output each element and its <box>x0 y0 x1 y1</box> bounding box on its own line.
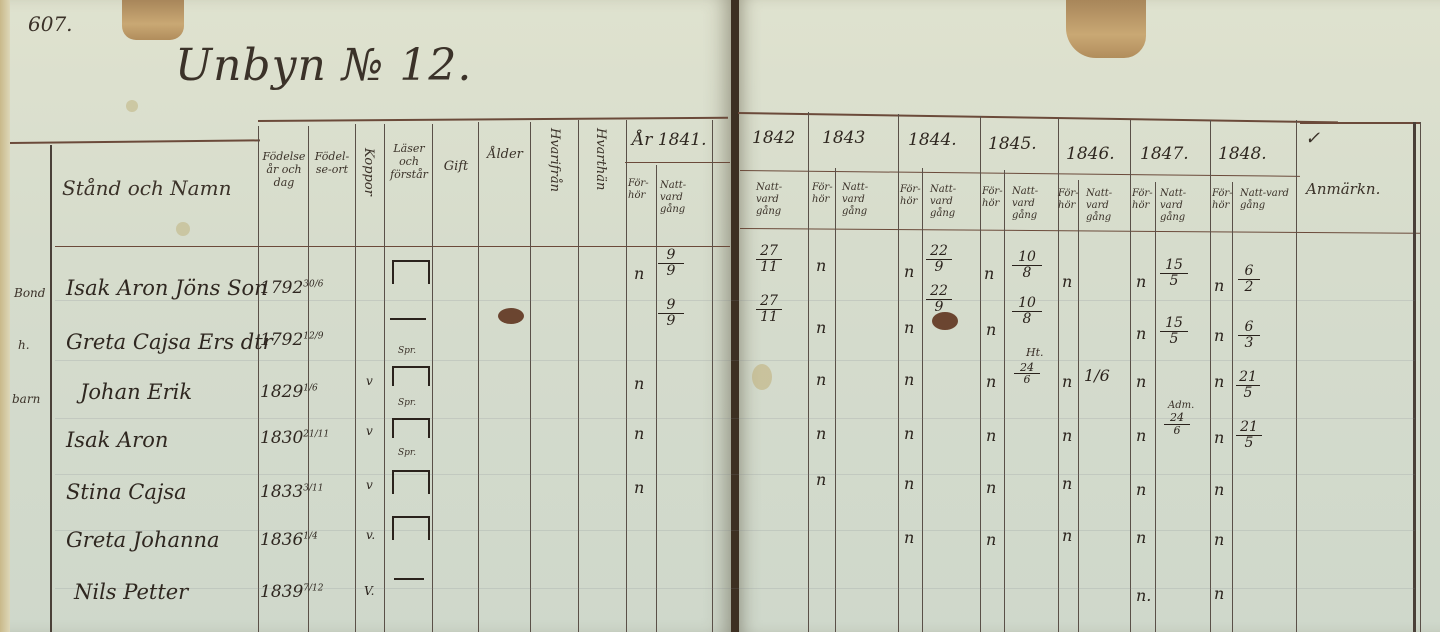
book-gutter <box>731 0 739 632</box>
table-border <box>1413 122 1416 632</box>
birth-day: 3/11 <box>303 483 323 493</box>
col-divider <box>808 112 809 632</box>
person-name: Isak Aron Jöns Son <box>66 276 268 300</box>
vaccination-mark: v <box>366 374 373 388</box>
subheader-communion: För-hör <box>812 182 834 206</box>
person-name: Johan Erik <box>80 380 192 404</box>
communion-mark: n <box>634 374 644 393</box>
subheader-lords-supper: Natt-vard gång <box>930 184 976 220</box>
reading-mark <box>392 260 430 284</box>
birth-year: 1792 <box>260 278 303 298</box>
fraction-den: 5 <box>1236 436 1262 451</box>
stain <box>126 100 138 112</box>
header-year: 1846. <box>1066 144 1115 164</box>
col-divider <box>1004 170 1005 632</box>
fraction-den: 2 <box>1238 280 1260 295</box>
fraction-den: 11 <box>756 260 782 275</box>
communion-mark: n <box>986 372 996 391</box>
communion-mark: n <box>904 370 914 389</box>
birth-day: 7/12 <box>303 583 323 593</box>
birth-day: 21/11 <box>303 429 329 439</box>
birth-year: 1830 <box>260 428 303 448</box>
communion-mark: n <box>986 530 996 549</box>
fraction-den: 8 <box>1012 312 1042 327</box>
col-divider <box>922 168 923 632</box>
header-birth: Födelse år och dag <box>262 150 306 189</box>
subheader-lords-supper: Natt-vard gång <box>1160 188 1208 224</box>
communion-mark: n <box>984 264 994 283</box>
header-divider <box>55 246 730 247</box>
birth-year: 1829 <box>260 382 303 402</box>
fraction-num: 15 <box>1160 258 1188 274</box>
ruled-line <box>55 418 1415 419</box>
col-divider <box>656 165 657 632</box>
communion-mark: n <box>1214 276 1224 295</box>
birth-year: 1833 <box>260 482 303 502</box>
birth-year: 1792 <box>260 330 303 350</box>
subheader-lords-supper: Natt-vard gång <box>842 182 888 218</box>
col-divider <box>432 124 433 632</box>
col-divider <box>1155 182 1156 632</box>
table-border <box>50 145 52 632</box>
fraction-num: 9 <box>658 248 684 264</box>
birth-year: 1836 <box>260 530 303 550</box>
communion-mark: n <box>1062 526 1072 545</box>
communion-mark: n <box>1214 326 1224 345</box>
header-year: 1848. <box>1218 144 1267 164</box>
subheader-lords-supper: Natt-vard gång <box>660 180 706 216</box>
subheader-communion: För-hör <box>982 186 1004 210</box>
reading-mark <box>392 418 430 438</box>
col-divider <box>1078 180 1079 632</box>
fraction-num: 21 <box>1236 370 1260 386</box>
ruled-line <box>55 300 1415 301</box>
bookmark-tab-left <box>122 0 184 40</box>
fraction-den: 9 <box>926 300 952 315</box>
reading-note: Spr. <box>398 398 416 408</box>
fraction-den: 5 <box>1160 274 1188 289</box>
communion-mark: n <box>1214 428 1224 447</box>
subheader-communion: För-hör <box>628 178 654 202</box>
communion-mark: n <box>1136 528 1146 547</box>
role-label: h. <box>18 338 30 352</box>
col-divider <box>626 120 627 632</box>
col-divider <box>1232 182 1233 632</box>
birth-day: 12/9 <box>303 331 323 341</box>
communion-mark: n <box>1214 372 1224 391</box>
communion-mark: n <box>904 262 914 281</box>
header-year-1841: År 1841. <box>632 130 706 150</box>
col-divider <box>712 120 713 632</box>
subheader-lords-supper: Natt-vard gång <box>1240 188 1290 212</box>
fraction-num: 10 <box>1012 296 1042 312</box>
fraction-num: 22 <box>926 284 952 300</box>
ruled-line <box>55 530 1415 531</box>
right-page <box>737 0 1440 632</box>
vaccination-mark: v <box>366 478 373 492</box>
header-remarks: Anmärkn. <box>1306 180 1380 198</box>
communion-mark: n <box>816 424 826 443</box>
subheader-lords-supper: Natt-vard gång <box>1086 188 1130 224</box>
communion-mark: n <box>1062 474 1072 493</box>
reading-note: Spr. <box>398 346 416 356</box>
page-title: Unbyn № 12. <box>175 40 472 91</box>
header-moved-to: Hvarthän <box>594 128 607 190</box>
fraction-num: 6 <box>1238 264 1260 280</box>
communion-mark: n <box>986 478 996 497</box>
fraction-num: 10 <box>1012 250 1042 266</box>
col-divider <box>355 124 356 632</box>
role-label: barn <box>12 392 40 406</box>
communion-mark: n <box>1214 530 1224 549</box>
col-divider <box>258 126 259 632</box>
col-divider <box>1130 120 1131 632</box>
person-name: Greta Johanna <box>66 528 220 552</box>
communion-mark: n <box>634 424 644 443</box>
col-divider <box>980 116 981 632</box>
communion-mark: n <box>1136 426 1146 445</box>
bookmark-tab-right <box>1066 0 1146 58</box>
col-divider <box>478 122 479 632</box>
year-divider <box>625 162 730 163</box>
reading-mark <box>390 318 426 320</box>
communion-mark: n <box>1136 324 1146 343</box>
note: Adm. <box>1168 400 1194 411</box>
subheader-communion: För-hör <box>1212 188 1232 212</box>
communion-mark: n <box>634 478 644 497</box>
fraction-den: 9 <box>926 260 952 275</box>
birth-day: 1/6 <box>303 383 317 393</box>
communion-mark: n <box>904 424 914 443</box>
fraction-den: 3 <box>1238 336 1260 351</box>
header-year: 1843 <box>822 128 865 148</box>
ink-blot <box>498 308 524 324</box>
communion-mark: n <box>1136 480 1146 499</box>
role-label: Bond <box>14 286 45 300</box>
communion-mark: n <box>816 318 826 337</box>
fraction-num: 9 <box>658 298 684 314</box>
vaccination-mark: v <box>366 424 373 438</box>
vaccination-mark: v. <box>366 528 375 542</box>
fraction-den: 8 <box>1012 266 1042 281</box>
fraction-den: 9 <box>658 264 684 279</box>
person-name: Isak Aron <box>66 428 168 452</box>
communion-mark: n <box>816 256 826 275</box>
ruled-line <box>55 360 1415 361</box>
fraction-num: 21 <box>1236 420 1262 436</box>
fraction-den: 5 <box>1236 386 1260 401</box>
fraction-den: 5 <box>1160 332 1188 347</box>
fraction-den: 11 <box>756 310 782 325</box>
communion-mark: n <box>1136 372 1146 391</box>
header-name: Stånd och Namn <box>62 176 231 200</box>
note: Ht. <box>1026 346 1044 359</box>
communion-date: 1/6 <box>1084 366 1110 385</box>
col-divider <box>835 168 836 632</box>
col-divider <box>1296 120 1297 632</box>
table-border <box>1420 122 1421 632</box>
header-marriage: Gift <box>436 160 476 173</box>
fraction-num: 6 <box>1238 320 1260 336</box>
header-reading: Läser och förstår <box>388 142 430 181</box>
col-divider <box>578 120 579 632</box>
communion-mark: n <box>1136 272 1146 291</box>
check-mark: ✓ <box>1305 128 1320 149</box>
fraction-num: 22 <box>926 244 952 260</box>
header-year: 1842 <box>752 128 795 148</box>
communion-mark: n <box>986 426 996 445</box>
col-divider <box>308 126 309 632</box>
fraction-num: 27 <box>756 244 782 260</box>
communion-mark: n <box>1062 426 1072 445</box>
col-divider <box>898 114 899 632</box>
fraction-den: 9 <box>658 314 684 329</box>
stain <box>176 222 190 236</box>
fraction-den: 6 <box>1164 425 1190 437</box>
person-name: Greta Cajsa Ers dtr <box>66 330 273 354</box>
header-year: 1844. <box>908 130 957 150</box>
page-number: 607. <box>28 12 73 36</box>
subheader-communion: För-hör <box>1132 188 1154 212</box>
header-age: Ålder <box>482 148 528 161</box>
reading-mark <box>392 470 430 494</box>
stain <box>752 364 772 390</box>
header-vaccinated: Koppor <box>362 148 375 196</box>
table-top-border <box>1300 122 1420 124</box>
birth-year: 1839 <box>260 582 303 602</box>
subheader-lords-supper: Natt-vard gång <box>756 182 800 218</box>
reading-mark <box>392 366 430 386</box>
communion-mark: n <box>1062 372 1072 391</box>
col-divider <box>384 124 385 632</box>
header-year: 1847. <box>1140 144 1189 164</box>
birth-day: 30/6 <box>303 279 323 289</box>
reading-mark <box>394 578 424 580</box>
fraction-num: 15 <box>1160 316 1188 332</box>
ruled-line <box>55 588 1415 589</box>
subheader-lords-supper: Natt-vard gång <box>1012 186 1056 222</box>
vaccination-mark: V. <box>364 584 374 598</box>
communion-mark: n <box>816 470 826 489</box>
header-moved-from: Hvarifrån <box>548 128 561 192</box>
communion-mark: n <box>816 370 826 389</box>
person-name: Nils Petter <box>74 580 188 604</box>
fraction-den: 6 <box>1014 374 1040 385</box>
header-birthplace: Födel-se-ort <box>312 150 352 176</box>
communion-mark: n <box>904 474 914 493</box>
communion-mark: n <box>904 528 914 547</box>
header-year: 1845. <box>988 134 1037 154</box>
subheader-communion: För-hör <box>1058 188 1078 212</box>
page-edge <box>0 0 10 632</box>
fraction-num: 27 <box>756 294 782 310</box>
ruled-line <box>55 474 1415 475</box>
col-divider <box>530 122 531 632</box>
communion-mark: n <box>986 320 996 339</box>
reading-note: Spr. <box>398 448 416 458</box>
communion-mark: n <box>904 318 914 337</box>
reading-mark <box>392 516 430 540</box>
communion-mark: n <box>634 264 644 283</box>
communion-mark: n <box>1062 272 1072 291</box>
person-name: Stina Cajsa <box>66 480 187 504</box>
communion-mark: n. <box>1136 586 1151 605</box>
communion-mark: n <box>1214 584 1224 603</box>
subheader-communion: För-hör <box>900 184 922 208</box>
communion-mark: n <box>1214 480 1224 499</box>
birth-day: 1/4 <box>303 531 317 541</box>
col-divider <box>1210 120 1211 632</box>
